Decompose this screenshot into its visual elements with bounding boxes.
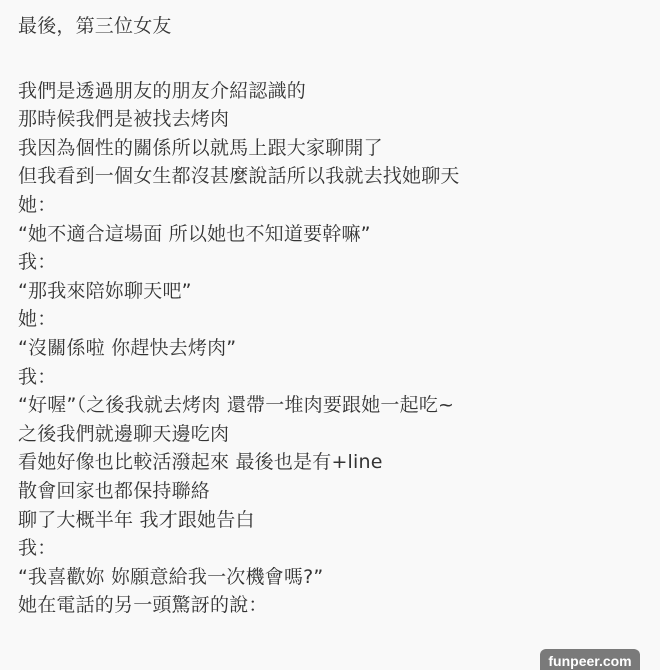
dialogue-line: “那我來陪妳聊天吧” — [18, 277, 650, 306]
watermark-badge: funpeer.com — [540, 649, 640, 670]
story-line: 看她好像也比較活潑起來 最後也是有+line — [18, 448, 650, 477]
story-line: 散會回家也都保持聯絡 — [18, 477, 650, 506]
story-title: 最後，第三位女友 — [18, 12, 650, 41]
speaker-label: 我： — [18, 363, 650, 392]
dialogue-line: “我喜歡妳 妳願意給我一次機會嗎?” — [18, 563, 650, 592]
speaker-label: 她： — [18, 305, 650, 334]
story-line: 之後我們就邊聊天邊吃肉 — [18, 420, 650, 449]
story-line: 我因為個性的關係所以就馬上跟大家聊開了 — [18, 134, 650, 163]
dialogue-line: “好喔”（之後我就去烤肉 還帶一堆肉要跟她一起吃~ — [18, 391, 650, 420]
story-line: 我們是透過朋友的朋友介紹認識的 — [18, 77, 650, 106]
story-line: 聊了大概半年 我才跟她告白 — [18, 506, 650, 535]
speaker-label: 我： — [18, 534, 650, 563]
dialogue-line: “她不適合這場面 所以她也不知道要幹嘛” — [18, 220, 650, 249]
story-line: 但我看到一個女生都沒甚麼說話所以我就去找她聊天 — [18, 162, 650, 191]
story-text: 最後，第三位女友 我們是透過朋友的朋友介紹認識的 那時候我們是被找去烤肉 我因為… — [18, 12, 650, 620]
speaker-label: 她： — [18, 191, 650, 220]
story-line: 她在電話的另一頭驚訝的說： — [18, 591, 650, 620]
dialogue-line: “沒關係啦 你趕快去烤肉” — [18, 334, 650, 363]
speaker-label: 我： — [18, 248, 650, 277]
story-line: 那時候我們是被找去烤肉 — [18, 105, 650, 134]
